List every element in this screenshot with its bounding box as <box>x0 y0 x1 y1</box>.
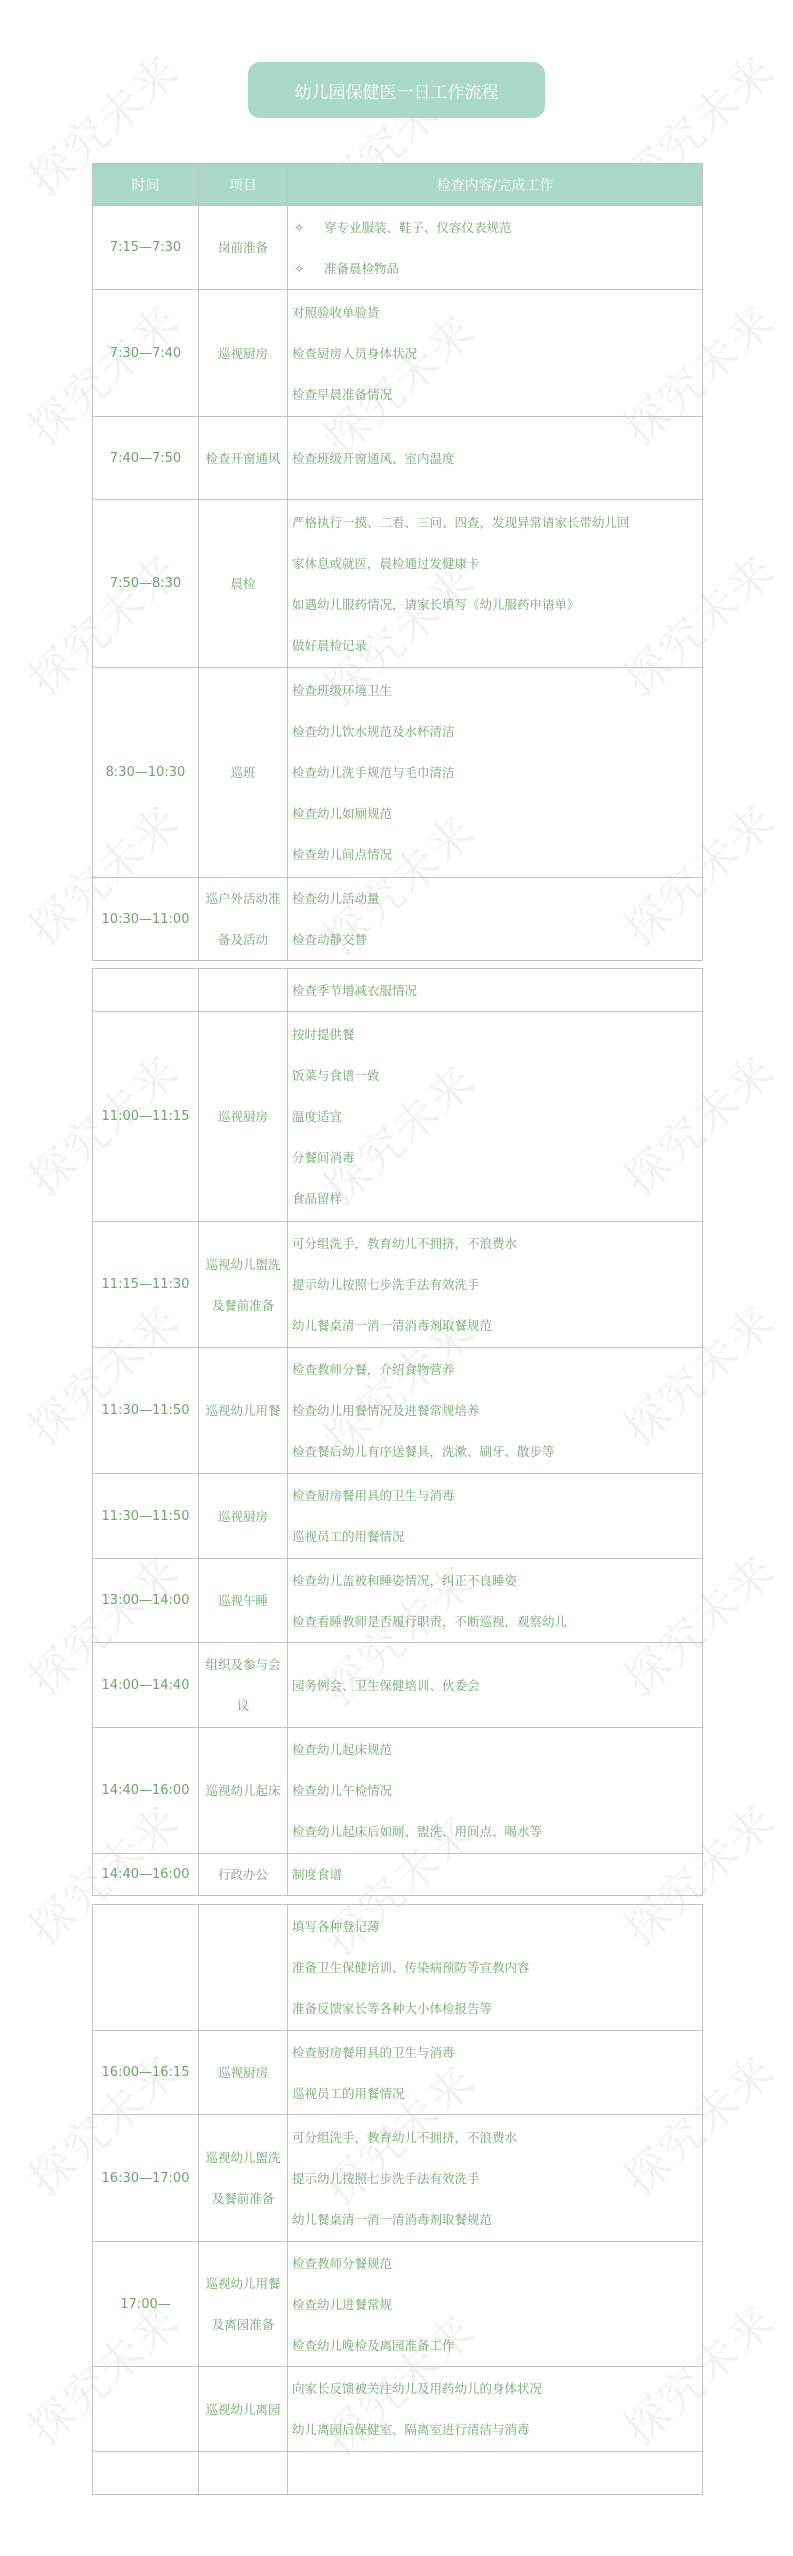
content-line: 家休息或就医，晨检通过发健康卡 <box>292 543 696 584</box>
content-text: 检查教师分餐规范 <box>292 2256 392 2271</box>
item-cell: 巡视幼儿起床 <box>199 1728 288 1854</box>
content-text: 饭菜与食谱一致 <box>292 1068 380 1083</box>
table-row <box>93 2452 703 2495</box>
content-text: 检查厨房人员身体状况 <box>292 346 417 361</box>
time-cell: 7:50—8:30 <box>93 500 199 668</box>
content-line: 提示幼儿按照七步洗手法有效洗手 <box>292 2158 696 2199</box>
content-cell: ✧穿专业服装、鞋子、仪容仪表规范✧准备晨检物品 <box>288 206 703 290</box>
content-cell: 向家长反馈被关注幼儿及用药幼儿的身体状况幼儿离园后保健室、隔离室进行清洁与消毒 <box>288 2367 703 2452</box>
content-line: 可分组洗手，教育幼儿不拥挤，不浪费水 <box>292 2117 696 2158</box>
content-text: 准备卫生保健培训、传染病预防等宣教内容 <box>292 1960 530 1975</box>
content-line: 检查幼儿饮水规范及水杯清洁 <box>292 711 696 752</box>
content-cell: 检查教师分餐，介绍食物营养检查幼儿用餐情况及进餐常规培养检查餐后幼儿有序送餐具，… <box>288 1348 703 1474</box>
content-text: 检查幼儿活动量 <box>292 891 380 906</box>
item-cell: 巡视幼儿盥洗及餐前准备 <box>199 2115 288 2242</box>
content-line: 检查看睡教师是否履行职责，不断巡视，观察幼儿 <box>292 1601 696 1642</box>
table-row: 7:40—7:50检查开窗通风检查班级开窗通风、室内温度 <box>93 417 703 500</box>
content-text: 提示幼儿按照七步洗手法有效洗手 <box>292 2171 480 2186</box>
item-cell: 巡班 <box>199 668 288 878</box>
content-line: 温度适宜 <box>292 1096 696 1137</box>
content-line: 检查幼儿如厕规范 <box>292 793 696 834</box>
table-row: 7:50—8:30晨检严格执行一摸、二看、三问、四查，发现异常请家长带幼儿回家休… <box>93 500 703 668</box>
time-cell <box>93 2452 199 2495</box>
table-row: 14:40—16:00行政办公制度食谱 <box>93 1854 703 1896</box>
item-cell <box>199 1905 288 2031</box>
table-header-row: 时间 项目 检查内容/完成工作 <box>93 164 703 206</box>
content-text: 检查季节增减衣服情况 <box>292 983 417 998</box>
content-text: 分餐间消毒 <box>292 1150 355 1165</box>
table-row: 巡视幼儿离园向家长反馈被关注幼儿及用药幼儿的身体状况幼儿离园后保健室、隔离室进行… <box>93 2367 703 2452</box>
content-line: 检查动静交替 <box>292 919 696 960</box>
table-row: 11:30—11:50巡视幼儿用餐检查教师分餐，介绍食物营养检查幼儿用餐情况及进… <box>93 1348 703 1474</box>
content-cell: 制度食谱 <box>288 1854 703 1896</box>
content-text: 幼儿离园后保健室、隔离室进行清洁与消毒 <box>292 2422 530 2437</box>
item-cell: 巡视幼儿用餐及离园准备 <box>199 2242 288 2367</box>
diamond-bullet-icon: ✧ <box>292 207 324 248</box>
content-line: 检查季节增减衣服情况 <box>292 970 696 1011</box>
content-line: 检查幼儿午检情况 <box>292 1770 696 1811</box>
content-line: 检查厨房餐用具的卫生与消毒 <box>292 1475 696 1516</box>
table-row: 11:15—11:30巡视幼儿盥洗及餐前准备可分组洗手，教育幼儿不拥挤，不浪费水… <box>93 1222 703 1348</box>
content-text: 检查幼儿盖被和睡姿情况，纠正不良睡姿 <box>292 1573 517 1588</box>
item-cell: 巡视午睡 <box>199 1559 288 1643</box>
content-text: 按时提供餐 <box>292 1027 355 1042</box>
content-line: 检查幼儿洗手规范与毛巾清洁 <box>292 752 696 793</box>
item-cell: 巡视幼儿用餐 <box>199 1348 288 1474</box>
content-text: 对照验收单验货 <box>292 305 380 320</box>
item-cell: 检查开窗通风 <box>199 417 288 500</box>
time-cell: 7:30—7:40 <box>93 290 199 417</box>
content-text: 幼儿餐桌清一消一清消毒剂取餐规范 <box>292 2212 492 2227</box>
schedule-table-3: 填写各种登记薄准备卫生保健培训、传染病预防等宣教内容准备反馈家长等各种大小体检报… <box>92 1904 702 2495</box>
content-cell: 园务例会、卫生保健培训、伙委会 <box>288 1643 703 1728</box>
content-line: 分餐间消毒 <box>292 1137 696 1178</box>
content-line: 幼儿餐桌清一消一清消毒剂取餐规范 <box>292 1305 696 1346</box>
content-text: 严格执行一摸、二看、三问、四查，发现异常请家长带幼儿回 <box>292 515 630 530</box>
content-text: 做好晨检记录 <box>292 638 367 653</box>
time-cell: 8:30—10:30 <box>93 668 199 878</box>
content-line: 严格执行一摸、二看、三问、四查，发现异常请家长带幼儿回 <box>292 502 696 543</box>
content-text: 检查幼儿起床规范 <box>292 1742 392 1757</box>
content-text: 巡视员工的用餐情况 <box>292 1529 405 1544</box>
schedule-table-2: 检查季节增减衣服情况11:00—11:15巡视厨房按时提供餐饭菜与食谱一致温度适… <box>92 968 702 1896</box>
content-line: 检查班级开窗通风、室内温度 <box>292 438 696 479</box>
content-cell: 检查厨房餐用具的卫生与消毒巡视员工的用餐情况 <box>288 2031 703 2115</box>
item-cell: 晨检 <box>199 500 288 668</box>
content-cell: 检查厨房餐用具的卫生与消毒巡视员工的用餐情况 <box>288 1474 703 1559</box>
item-cell: 巡户外活动准备及活动 <box>199 878 288 961</box>
content-line: 检查幼儿活动量 <box>292 878 696 919</box>
content-text: 准备晨检物品 <box>324 261 399 276</box>
content-line: 巡视员工的用餐情况 <box>292 2073 696 2114</box>
header-time: 时间 <box>93 164 199 206</box>
table-row: 14:40—16:00巡视幼儿起床检查幼儿起床规范检查幼儿午检情况检查幼儿起床后… <box>93 1728 703 1854</box>
item-cell <box>199 2452 288 2495</box>
item-cell: 巡视厨房 <box>199 290 288 417</box>
content-line: 检查教师分餐，介绍食物营养 <box>292 1349 696 1390</box>
content-text: 穿专业服装、鞋子、仪容仪表规范 <box>324 220 512 235</box>
time-cell: 11:00—11:15 <box>93 1012 199 1222</box>
content-text: 幼儿餐桌清一消一清消毒剂取餐规范 <box>292 1318 492 1333</box>
content-line: 准备反馈家长等各种大小体检报告等 <box>292 1988 696 2029</box>
content-cell: 可分组洗手，教育幼儿不拥挤，不浪费水提示幼儿按照七步洗手法有效洗手幼儿餐桌清一消… <box>288 2115 703 2242</box>
content-line: 检查早晨准备情况 <box>292 374 696 415</box>
content-line: 可分组洗手，教育幼儿不拥挤，不浪费水 <box>292 1223 696 1264</box>
content-line: 检查幼儿用餐情况及进餐常规培养 <box>292 1390 696 1431</box>
content-text: 如遇幼儿服药情况，请家长填写《幼儿服药申请单》 <box>292 597 580 612</box>
time-cell <box>93 1905 199 2031</box>
content-cell: 检查幼儿活动量检查动静交替 <box>288 878 703 961</box>
table-row: 16:00—16:15巡视厨房检查厨房餐用具的卫生与消毒巡视员工的用餐情况 <box>93 2031 703 2115</box>
content-text: 园务例会、卫生保健培训、伙委会 <box>292 1678 480 1693</box>
table-row: 16:30—17:00巡视幼儿盥洗及餐前准备可分组洗手，教育幼儿不拥挤，不浪费水… <box>93 2115 703 2242</box>
content-cell <box>288 2452 703 2495</box>
time-cell: 11:15—11:30 <box>93 1222 199 1348</box>
content-line: 对照验收单验货 <box>292 292 696 333</box>
content-line: 园务例会、卫生保健培训、伙委会 <box>292 1665 696 1706</box>
content-text: 制度食谱 <box>292 1867 342 1882</box>
table-row: 8:30—10:30巡班检查班级环境卫生检查幼儿饮水规范及水杯清洁检查幼儿洗手规… <box>93 668 703 878</box>
table-row: 填写各种登记薄准备卫生保健培训、传染病预防等宣教内容准备反馈家长等各种大小体检报… <box>93 1905 703 2031</box>
table-row: 检查季节增减衣服情况 <box>93 969 703 1012</box>
content-cell: 可分组洗手，教育幼儿不拥挤，不浪费水提示幼儿按照七步洗手法有效洗手幼儿餐桌清一消… <box>288 1222 703 1348</box>
time-cell: 17:00— <box>93 2242 199 2367</box>
content-line: ✧穿专业服装、鞋子、仪容仪表规范 <box>292 207 696 248</box>
header-item: 项目 <box>199 164 288 206</box>
content-text: 向家长反馈被关注幼儿及用药幼儿的身体状况 <box>292 2381 542 2396</box>
content-text: 检查班级环境卫生 <box>292 683 392 698</box>
content-line: 提示幼儿按照七步洗手法有效洗手 <box>292 1264 696 1305</box>
table-row: 13:00—14:00巡视午睡检查幼儿盖被和睡姿情况，纠正不良睡姿检查看睡教师是… <box>93 1559 703 1643</box>
content-line: 巡视员工的用餐情况 <box>292 1516 696 1557</box>
content-line: 检查教师分餐规范 <box>292 2243 696 2284</box>
content-line: 准备卫生保健培训、传染病预防等宣教内容 <box>292 1947 696 1988</box>
content-text: 检查动静交替 <box>292 932 367 947</box>
content-text: 检查幼儿间点情况 <box>292 847 392 862</box>
content-cell: 检查季节增减衣服情况 <box>288 969 703 1012</box>
content-cell: 按时提供餐饭菜与食谱一致温度适宜分餐间消毒食品留样 <box>288 1012 703 1222</box>
content-text: 可分组洗手，教育幼儿不拥挤，不浪费水 <box>292 2130 517 2145</box>
item-cell: 行政办公 <box>199 1854 288 1896</box>
header-content: 检查内容/完成工作 <box>288 164 703 206</box>
content-line: 检查班级环境卫生 <box>292 670 696 711</box>
content-line: 按时提供餐 <box>292 1014 696 1055</box>
content-cell: 检查班级开窗通风、室内温度 <box>288 417 703 500</box>
content-text: 检查幼儿起床后如厕、盥洗、用间点、喝水等 <box>292 1824 542 1839</box>
content-text: 检查幼儿午检情况 <box>292 1783 392 1798</box>
schedule-table-1: 时间 项目 检查内容/完成工作 7:15—7:30岗前准备✧穿专业服装、鞋子、仪… <box>92 163 702 961</box>
item-cell: 组织及参与会议 <box>199 1643 288 1728</box>
time-cell: 14:40—16:00 <box>93 1728 199 1854</box>
content-line: 做好晨检记录 <box>292 625 696 666</box>
content-text: 检查厨房餐用具的卫生与消毒 <box>292 2045 455 2060</box>
content-line: 饭菜与食谱一致 <box>292 1055 696 1096</box>
content-line: 填写各种登记薄 <box>292 1906 696 1947</box>
table-row: 11:00—11:15巡视厨房按时提供餐饭菜与食谱一致温度适宜分餐间消毒食品留样 <box>93 1012 703 1222</box>
item-cell: 岗前准备 <box>199 206 288 290</box>
time-cell: 13:00—14:00 <box>93 1559 199 1643</box>
time-cell: 11:30—11:50 <box>93 1474 199 1559</box>
content-text: 检查教师分餐，介绍食物营养 <box>292 1362 455 1377</box>
content-text: 提示幼儿按照七步洗手法有效洗手 <box>292 1277 480 1292</box>
page-title: 幼儿园保健医一日工作流程 <box>248 62 545 118</box>
time-cell: 16:30—17:00 <box>93 2115 199 2242</box>
content-line: 检查厨房餐用具的卫生与消毒 <box>292 2032 696 2073</box>
content-line: 幼儿餐桌清一消一清消毒剂取餐规范 <box>292 2199 696 2240</box>
content-text: 巡视员工的用餐情况 <box>292 2086 405 2101</box>
content-text: 检查幼儿洗手规范与毛巾清洁 <box>292 765 455 780</box>
time-cell: 14:00—14:40 <box>93 1643 199 1728</box>
content-cell: 检查幼儿盖被和睡姿情况，纠正不良睡姿检查看睡教师是否履行职责，不断巡视，观察幼儿 <box>288 1559 703 1643</box>
time-cell: 11:30—11:50 <box>93 1348 199 1474</box>
content-cell: 严格执行一摸、二看、三问、四查，发现异常请家长带幼儿回家休息或就医，晨检通过发健… <box>288 500 703 668</box>
content-line: ✧准备晨检物品 <box>292 248 696 289</box>
time-cell: 7:40—7:50 <box>93 417 199 500</box>
time-cell: 14:40—16:00 <box>93 1854 199 1896</box>
content-line: 向家长反馈被关注幼儿及用药幼儿的身体状况 <box>292 2368 696 2409</box>
content-text: 可分组洗手，教育幼儿不拥挤，不浪费水 <box>292 1236 517 1251</box>
time-cell <box>93 2367 199 2452</box>
time-cell: 7:15—7:30 <box>93 206 199 290</box>
content-text: 家休息或就医，晨检通过发健康卡 <box>292 556 480 571</box>
table-row: 11:30—11:50巡视厨房检查厨房餐用具的卫生与消毒巡视员工的用餐情况 <box>93 1474 703 1559</box>
content-text: 检查幼儿饮水规范及水杯清洁 <box>292 724 455 739</box>
item-cell: 巡视厨房 <box>199 2031 288 2115</box>
content-line: 检查幼儿晚检及离园准备工作 <box>292 2325 696 2366</box>
content-cell: 对照验收单验货检查厨房人员身体状况检查早晨准备情况 <box>288 290 703 417</box>
content-text: 食品留样 <box>292 1191 342 1206</box>
time-cell: 16:00—16:15 <box>93 2031 199 2115</box>
item-cell: 巡视厨房 <box>199 1012 288 1222</box>
content-text: 检查厨房餐用具的卫生与消毒 <box>292 1488 455 1503</box>
table-row: 7:30—7:40巡视厨房对照验收单验货检查厨房人员身体状况检查早晨准备情况 <box>93 290 703 417</box>
content-line: 检查幼儿起床规范 <box>292 1729 696 1770</box>
content-text: 检查早晨准备情况 <box>292 387 392 402</box>
content-line: 检查餐后幼儿有序送餐具，洗漱、刷牙、散步等 <box>292 1431 696 1472</box>
content-text: 填写各种登记薄 <box>292 1919 380 1934</box>
content-text: 检查看睡教师是否履行职责，不断巡视，观察幼儿 <box>292 1614 567 1629</box>
content-line: 检查幼儿盖被和睡姿情况，纠正不良睡姿 <box>292 1560 696 1601</box>
content-text: 检查幼儿用餐情况及进餐常规培养 <box>292 1403 480 1418</box>
content-text: 检查班级开窗通风、室内温度 <box>292 451 455 466</box>
time-cell <box>93 969 199 1012</box>
content-text: 检查餐后幼儿有序送餐具，洗漱、刷牙、散步等 <box>292 1444 555 1459</box>
table-row: 17:00—巡视幼儿用餐及离园准备检查教师分餐规范检查幼儿进餐常规检查幼儿晚检及… <box>93 2242 703 2367</box>
time-cell: 10:30—11:00 <box>93 878 199 961</box>
content-line: 幼儿离园后保健室、隔离室进行清洁与消毒 <box>292 2409 696 2450</box>
content-line: 食品留样 <box>292 1178 696 1219</box>
content-cell: 检查教师分餐规范检查幼儿进餐常规检查幼儿晚检及离园准备工作 <box>288 2242 703 2367</box>
content-text: 检查幼儿进餐常规 <box>292 2297 392 2312</box>
content-text: 温度适宜 <box>292 1109 342 1124</box>
content-text: 检查幼儿晚检及离园准备工作 <box>292 2338 455 2353</box>
content-cell: 填写各种登记薄准备卫生保健培训、传染病预防等宣教内容准备反馈家长等各种大小体检报… <box>288 1905 703 2031</box>
content-cell: 检查幼儿起床规范检查幼儿午检情况检查幼儿起床后如厕、盥洗、用间点、喝水等 <box>288 1728 703 1854</box>
table-row: 14:00—14:40组织及参与会议园务例会、卫生保健培训、伙委会 <box>93 1643 703 1728</box>
table-row: 10:30—11:00巡户外活动准备及活动检查幼儿活动量检查动静交替 <box>93 878 703 961</box>
content-line: 检查幼儿进餐常规 <box>292 2284 696 2325</box>
content-text: 准备反馈家长等各种大小体检报告等 <box>292 2001 492 2016</box>
item-cell: 巡视幼儿离园 <box>199 2367 288 2452</box>
content-line: 制度食谱 <box>292 1854 696 1895</box>
content-cell: 检查班级环境卫生检查幼儿饮水规范及水杯清洁检查幼儿洗手规范与毛巾清洁检查幼儿如厕… <box>288 668 703 878</box>
table-row: 7:15—7:30岗前准备✧穿专业服装、鞋子、仪容仪表规范✧准备晨检物品 <box>93 206 703 290</box>
item-cell: 巡视幼儿盥洗及餐前准备 <box>199 1222 288 1348</box>
item-cell <box>199 969 288 1012</box>
content-line: 如遇幼儿服药情况，请家长填写《幼儿服药申请单》 <box>292 584 696 625</box>
diamond-bullet-icon: ✧ <box>292 248 324 289</box>
content-line: 检查幼儿起床后如厕、盥洗、用间点、喝水等 <box>292 1811 696 1852</box>
content-line: 检查厨房人员身体状况 <box>292 333 696 374</box>
item-cell: 巡视厨房 <box>199 1474 288 1559</box>
content-text: 检查幼儿如厕规范 <box>292 806 392 821</box>
content-line: 检查幼儿间点情况 <box>292 834 696 875</box>
